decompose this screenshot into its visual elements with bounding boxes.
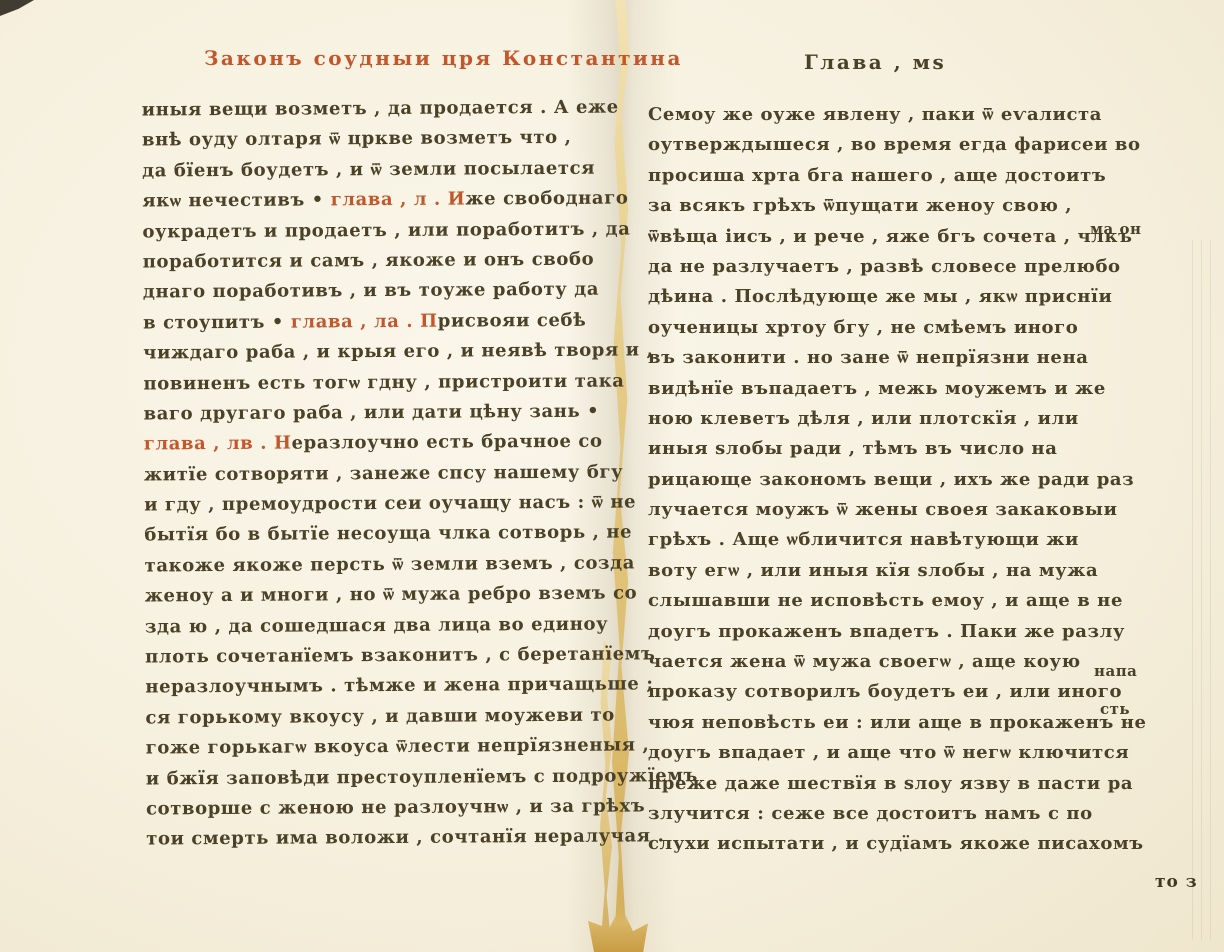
body-text: сотворше с женою не разлоучнѡ , и за грѣ… [146, 795, 645, 819]
text-line: плоть сочетанїемъ взаконитъ , с беретанї… [145, 640, 630, 673]
text-line: злучится : сеже все достоитъ намъ с по [648, 799, 1126, 829]
rubric-text: И [448, 189, 466, 210]
body-text: да бїенъ боудетъ , и ѿ земли посылается [142, 158, 595, 182]
body-text: еразлоучно есть брачное со [292, 431, 603, 454]
body-text: просиша хрта бга нашего , аще достоитъ [648, 165, 1106, 186]
text-line: житїе сотворяти , занеже спсу нашему бгу [144, 457, 629, 490]
body-text: видѣнїе въпадаетъ , межь моужемъ и же [648, 378, 1106, 399]
body-text: чюя неповѣсть еи : или аще в прокаженъ н… [648, 712, 1147, 733]
body-text: и бжїя заповѣди престоупленїемъ с подроу… [146, 765, 698, 789]
rubric-text: глава , лв . [144, 433, 274, 455]
body-text: в стоупитъ • [143, 311, 291, 333]
text-line: оукрадетъ и продаетъ , или поработитъ , … [142, 214, 627, 247]
margin-note: напа [1094, 662, 1137, 680]
body-text: оученицы хртоу бгу , не смѣемъ иного [648, 317, 1078, 338]
text-line: чается жена ѿ мужа своегѡ , аще коую [648, 647, 1126, 677]
left-page: Законъ соудныи цря Константина иныя вещи… [0, 0, 612, 952]
left-page-running-title: Законъ соудныи цря Константина [204, 46, 683, 70]
body-text: да не разлучаетъ , развѣ словесе прелюбо [648, 256, 1121, 277]
body-text: житїе сотворяти , занеже спсу нашему бгу [144, 461, 623, 485]
body-text: проказу сотворилъ боудетъ еи , или иного [648, 681, 1122, 702]
body-text: иныя ѕлобы ради , тѣмъ въ число на [648, 438, 1057, 459]
body-text: рицающе закономъ вещи , ихъ же ради раз [648, 469, 1134, 490]
left-page-text-block: иныя вещи возметъ , да продается . А еже… [142, 93, 632, 856]
text-line: ѿвѣща іисъ , и рече , яже бгъ сочета , ч… [648, 222, 1126, 252]
text-line: чюя неповѣсть еи : или аще в прокаженъ н… [648, 708, 1126, 738]
body-text: иныя вещи возметъ , да продается . А еже [142, 97, 619, 121]
text-line: внѣ оуду олтаря ѿ цркве возметъ что , [142, 123, 627, 156]
text-line: дѣина . Послѣдующе же мы , якѡ приснїи [648, 282, 1126, 312]
body-text: Семоу же оуже явлену , паки ѿ еѵалиста [648, 104, 1102, 125]
text-line: въ законити . но зане ѿ непрїязни нена [648, 343, 1126, 373]
body-text: преже даже шествїя в ѕлоу язву в пасти р… [648, 773, 1133, 794]
body-text: гоже горькагѡ вкоуса ѿлести непрїязненыя… [146, 735, 650, 759]
body-text: воту егѡ , или иныя кїя ѕлобы , на мужа [648, 560, 1098, 581]
margin-note: ма он [1090, 220, 1141, 238]
text-line: и бжїя заповѣди престоупленїемъ с подроу… [146, 761, 631, 794]
body-text: чиждаго раба , и крыя его , и неявѣ твор… [143, 339, 653, 363]
body-text: и гду , премоудрости сеи оучащу насъ : ѿ… [144, 492, 636, 516]
text-line: Семоу же оуже явлену , паки ѿ еѵалиста [648, 100, 1126, 130]
body-text: доугъ прокаженъ впадетъ . Паки же разлу [648, 621, 1125, 642]
body-text: злучится : сеже все достоитъ намъ с по [648, 803, 1093, 824]
body-text: бытїя бо в бытїе несоуща члка сотворь , … [144, 522, 632, 546]
text-line: чиждаго раба , и крыя его , и неявѣ твор… [143, 336, 628, 369]
text-line: оутверждышеся , во время егда фарисеи во [648, 130, 1126, 160]
text-line: слухи испытати , и судїамъ якоже писахом… [648, 829, 1126, 859]
body-text: поработится и самъ , якоже и онъ свобо [143, 249, 595, 273]
text-line: просиша хрта бга нашего , аще достоитъ [648, 161, 1126, 191]
text-line: тои смерть има воложи , сочтанїя нералуч… [146, 822, 631, 855]
body-text: зда ю , да сошедшася два лица во единоу [145, 613, 608, 637]
text-line: ся горькому вкоусу , и давши моужеви то [145, 700, 630, 733]
body-text: ваго другаго раба , или дати цѣну зань • [144, 401, 600, 425]
text-line: да бїенъ боудетъ , и ѿ земли посылается [142, 153, 627, 186]
text-line: бытїя бо в бытїе несоуща члка сотворь , … [144, 518, 629, 551]
margin-note: сть [1100, 700, 1130, 718]
text-line: доугъ впадает , и аще что ѿ негѡ ключитс… [648, 738, 1126, 768]
body-text: ною клеветъ дѣля , или плотскїя , или [648, 408, 1079, 429]
text-line: женоу а и многи , но ѿ мужа ребро вземъ … [145, 579, 630, 612]
rubric-text: глава , л . [331, 189, 448, 211]
text-line: преже даже шествїя в ѕлоу язву в пасти р… [648, 769, 1126, 799]
text-line: повиненъ есть тогѡ гдну , пристроити так… [143, 366, 628, 399]
text-line: и гду , премоудрости сеи оучащу насъ : ѿ… [144, 488, 629, 521]
text-line: оученицы хртоу бгу , не смѣемъ иного [648, 313, 1126, 343]
text-line: неразлоучнымъ . тѣмже и жена причащьше ; [145, 670, 630, 703]
text-line: поработится и самъ , якоже и онъ свобо [143, 244, 628, 277]
text-line: сотворше с женою не разлоучнѡ , и за грѣ… [146, 791, 631, 824]
quire-signature-mark: то з [1155, 872, 1198, 892]
text-line: в стоупитъ • глава , ла . Присвояи себѣ [143, 305, 628, 338]
text-line: ною клеветъ дѣля , или плотскїя , или [648, 404, 1126, 434]
text-line: лучается моужъ ѿ жены своея закаковыи [648, 495, 1126, 525]
body-text: грѣхъ . Аще ѡбличится навѣтующи жи [648, 529, 1079, 550]
body-text: внѣ оуду олтаря ѿ цркве возметъ что , [142, 127, 572, 151]
text-line: видѣнїе въпадаетъ , межь моужемъ и же [648, 374, 1126, 404]
text-line: днаго поработивъ , и въ тоуже работу да [143, 275, 628, 308]
body-text: повиненъ есть тогѡ гдну , пристроити так… [143, 370, 624, 394]
text-line: рицающе закономъ вещи , ихъ же ради раз [648, 465, 1126, 495]
body-text: слухи испытати , и судїамъ якоже писахом… [648, 833, 1144, 854]
text-line: да не разлучаетъ , развѣ словесе прелюбо [648, 252, 1126, 282]
body-text: рисвояи себѣ [438, 310, 587, 332]
text-line: иныя вещи возметъ , да продается . А еже [142, 93, 627, 126]
right-page: Глава , мѕ Семоу же оуже явлену , паки ѿ… [628, 0, 1224, 952]
text-line: гоже горькагѡ вкоуса ѿлести непрїязненыя… [146, 731, 631, 764]
body-text: плоть сочетанїемъ взаконитъ , с беретанї… [145, 643, 655, 667]
body-text: неразлоучнымъ . тѣмже и жена причащьше ; [145, 674, 653, 698]
body-text: доугъ впадает , и аще что ѿ негѡ ключитс… [648, 742, 1129, 763]
text-line: доугъ прокаженъ впадетъ . Паки же разлу [648, 617, 1126, 647]
rubric-text: глава , ла . [291, 311, 420, 333]
body-text: якѡ нечестивъ • [142, 190, 330, 212]
body-text: чается жена ѿ мужа своегѡ , аще коую [648, 651, 1081, 672]
body-text: женоу а и многи , но ѿ мужа ребро вземъ … [145, 583, 638, 607]
body-text: въ законити . но зане ѿ непрїязни нена [648, 347, 1089, 368]
text-line: якѡ нечестивъ • глава , л . Иже свободна… [142, 184, 627, 217]
text-line: глава , лв . Неразлоучно есть брачное со [144, 427, 629, 460]
body-text: слышавши не исповѣсть емоу , и аще в не [648, 590, 1123, 611]
body-text: дѣина . Послѣдующе же мы , якѡ приснїи [648, 286, 1112, 307]
text-line: слышавши не исповѣсть емоу , и аще в не [648, 586, 1126, 616]
right-page-text-block: Семоу же оуже явлену , паки ѿ еѵалистаоу… [648, 100, 1126, 860]
body-text: оутверждышеся , во время егда фарисеи во [648, 134, 1141, 155]
text-line: грѣхъ . Аще ѡбличится навѣтующи жи [648, 525, 1126, 555]
body-text: лучается моужъ ѿ жены своея закаковыи [648, 499, 1118, 520]
body-text: ся горькому вкоусу , и давши моужеви то [145, 704, 614, 728]
body-text: же свободнаго [465, 188, 628, 210]
text-line: такоже якоже персть ѿ земли вземъ , созд… [144, 548, 629, 581]
rubric-text: П [420, 310, 438, 331]
body-text: днаго поработивъ , и въ тоуже работу да [143, 279, 599, 303]
rubric-text: Н [274, 433, 292, 454]
text-line: воту егѡ , или иныя кїя ѕлобы , на мужа [648, 556, 1126, 586]
text-line: зда ю , да сошедшася два лица во единоу [145, 609, 630, 642]
text-line: иныя ѕлобы ради , тѣмъ въ число на [648, 434, 1126, 464]
body-text: ѿвѣща іисъ , и рече , яже бгъ сочета , ч… [648, 226, 1133, 247]
text-line: проказу сотворилъ боудетъ еи , или иного [648, 677, 1126, 707]
right-page-chapter-heading: Глава , мѕ [804, 50, 946, 74]
body-text: такоже якоже персть ѿ земли вземъ , созд… [144, 552, 635, 576]
body-text: оукрадетъ и продаетъ , или поработитъ , … [142, 218, 630, 242]
body-text: тои смерть има воложи , сочтанїя нералуч… [146, 826, 664, 850]
text-line: за всякъ грѣхъ ѿпущати женоу свою , [648, 191, 1126, 221]
scanned-book-sheet: Законъ соудныи цря Константина иныя вещи… [0, 0, 1224, 952]
text-line: ваго другаго раба , или дати цѣну зань • [144, 396, 629, 429]
body-text: за всякъ грѣхъ ѿпущати женоу свою , [648, 195, 1072, 216]
